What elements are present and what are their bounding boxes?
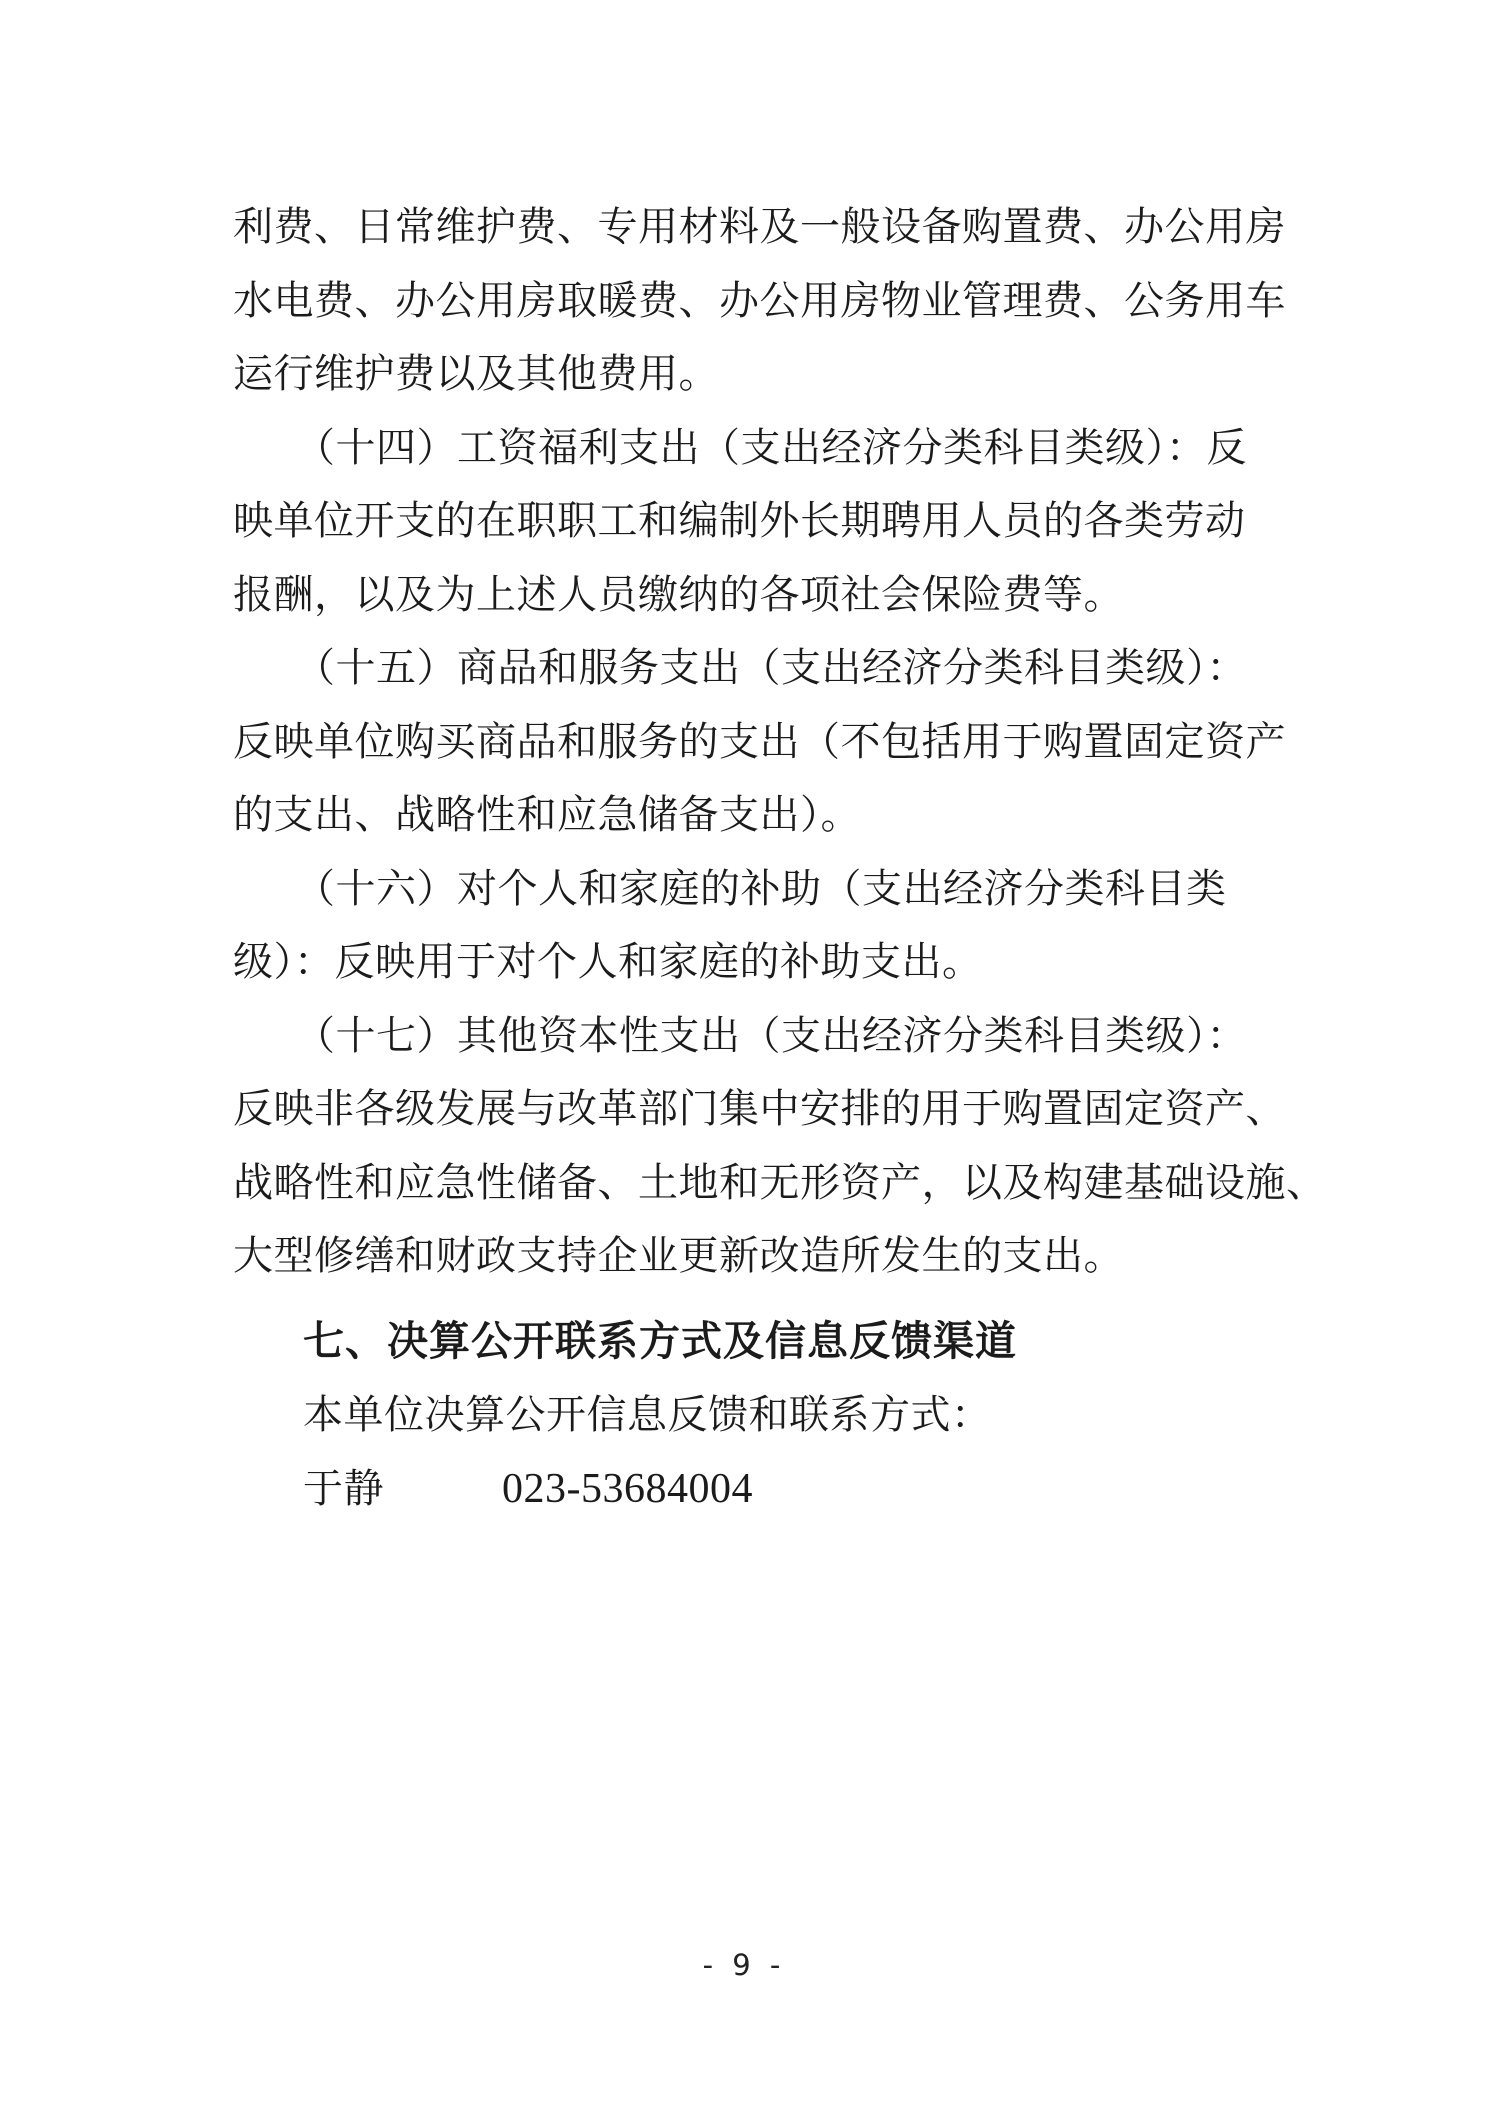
document-text-block: 利费、日常维护费、专用材料及一般设备购置费、办公用房 水电费、办公用房取暖费、办…	[233, 190, 1313, 1525]
page-number: - 9 -	[0, 1948, 1488, 1982]
contact-phone-number: 023-53684004	[502, 1453, 753, 1527]
paragraph-start-line: （十五）商品和服务支出（支出经济分类科目类级）：	[233, 631, 1313, 705]
body-line: 大型修缮和财政支持企业更新改造所发生的支出。	[233, 1219, 1313, 1293]
body-line: 映单位开支的在职职工和编制外长期聘用人员的各类劳动	[233, 484, 1313, 558]
contact-row: 于静 023-53684004	[233, 1452, 1313, 1526]
paragraph-start-line: （十七）其他资本性支出（支出经济分类科目类级）：	[233, 999, 1313, 1073]
section-heading: 七、决算公开联系方式及信息反馈渠道	[233, 1305, 1313, 1379]
paragraph-start-line: （十六）对个人和家庭的补助（支出经济分类科目类	[233, 852, 1313, 926]
body-line: 的支出、战略性和应急储备支出）。	[233, 778, 1313, 852]
body-line: 级）：反映用于对个人和家庭的补助支出。	[233, 925, 1313, 999]
paragraph-start-line: （十四）工资福利支出（支出经济分类科目类级）：反	[233, 411, 1313, 485]
contact-intro-line: 本单位决算公开信息反馈和联系方式：	[233, 1378, 1313, 1452]
body-line: 水电费、办公用房取暖费、办公用房物业管理费、公务用车	[233, 264, 1313, 338]
contact-person-name: 于静	[303, 1452, 384, 1526]
body-line: 利费、日常维护费、专用材料及一般设备购置费、办公用房	[233, 190, 1313, 264]
body-line: 反映非各级发展与改革部门集中安排的用于购置固定资产、	[233, 1072, 1313, 1146]
body-line: 反映单位购买商品和服务的支出（不包括用于购置固定资产	[233, 705, 1313, 779]
body-line: 战略性和应急性储备、土地和无形资产，以及构建基础设施、	[233, 1146, 1313, 1220]
body-line: 运行维护费以及其他费用。	[233, 337, 1313, 411]
body-line: 报酬，以及为上述人员缴纳的各项社会保险费等。	[233, 558, 1313, 632]
document-page: 利费、日常维护费、专用材料及一般设备购置费、办公用房 水电费、办公用房取暖费、办…	[0, 0, 1488, 2104]
